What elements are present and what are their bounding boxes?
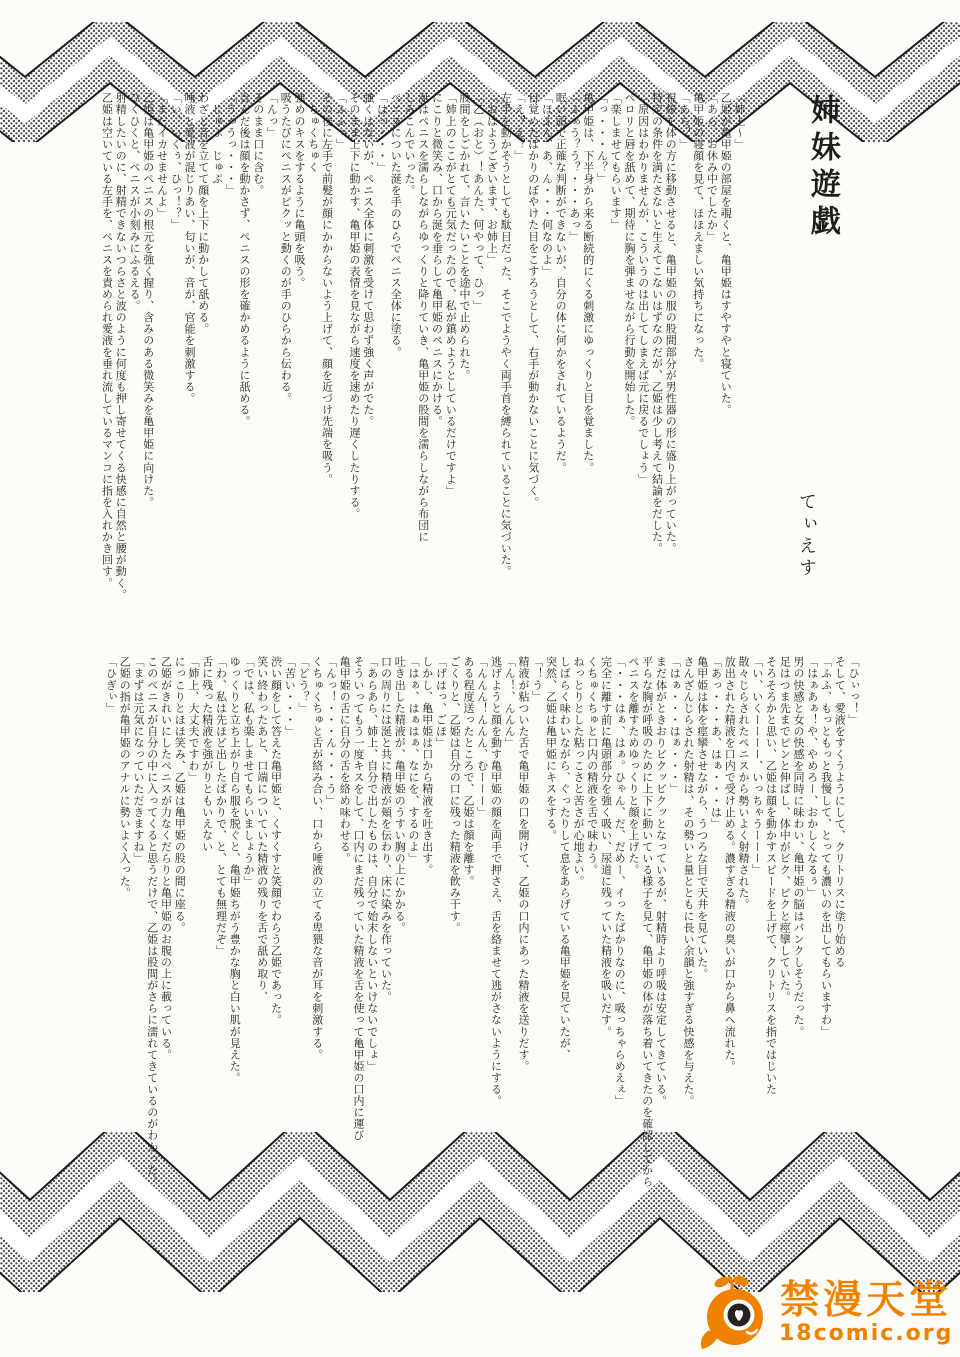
text-column: 舌に残った精液を強がりともいえない	[200, 656, 214, 1242]
text-column: 「ん！、んんん」	[503, 656, 517, 1242]
text-column: 強めのキスをするように亀頭を吸う。	[292, 92, 306, 666]
text-column: じゅぷ じゅぷ	[210, 92, 224, 666]
text-column: ごくりと、乙姫は自分の口に残った精液を飲み干す。	[448, 656, 462, 1242]
text-column: ねっとりとした粘っこさと苦さが心地よい。	[571, 656, 585, 1242]
text-column: まだ体がときおりビクッビクッとなっているが、射精時より呼吸は安定してきている。	[654, 656, 668, 1242]
text-column: 笑い終わったあと、口端についていた精液の残りを舌で舐め取り、	[255, 656, 269, 1242]
text-column: 眠い頭で正確な判断ができないが、自分の体に何かをされているようだ。	[554, 92, 568, 666]
text-column: 完全に離す前に亀頭部分を強く吸い、尿道に残っていた精液を吸いだす。	[599, 656, 613, 1242]
text-column: 「んっ！・・・ん・・・う」	[324, 656, 338, 1242]
text-column: 目覚めたばかりのぼやけた目をこすろうとして、右手が動かないことに気づく。	[526, 92, 540, 666]
text-column: 射精したいのに、射精できないつらさと波のように何度も押し寄せてくる快感に自然と腰…	[114, 92, 128, 666]
text-column: わざと音を立てて顔を上下に動かして舐める。	[196, 92, 210, 666]
text-column: 含んだ後は顔を動かさず、ペニスの形を確かめるように舐める。	[237, 92, 251, 666]
text-column: このペニスが自分の中に入ってくると思うだけで、乙姫は股間がさらに濡れてきているの…	[145, 656, 159, 1242]
text-column: 「うっうっ・・・」	[224, 92, 238, 666]
text-column: 「げはっ、ごほ」	[434, 656, 448, 1242]
text-column: 「はぁ・・・はぁ・・・」	[668, 656, 682, 1242]
text-column: さんざんじらされた射精は、その勢いと量とともに長い余韻と強すぎる快感を与えた。	[681, 656, 695, 1242]
text-column: くちゅくちゅと口内の精液を舌で味わう。	[585, 656, 599, 1242]
text-column: 「ふふっ」	[334, 92, 348, 666]
page-title: 姉妹遊戯	[800, 94, 844, 242]
text-column: 「はぁ、はぁはぁ、なにを、するのよ」	[406, 656, 420, 1242]
text-column: 「ひぎぃ」	[104, 656, 118, 1242]
watermark-site-name: 禁漫天堂	[780, 1281, 952, 1320]
text-column: 「ふふ、もっともっと我慢して、とっても濃いのを出してもらいますわ」	[819, 656, 833, 1242]
text-column: 乙姫は亀甲姫のペニスの根元を強く握り、含みのある微笑みを亀甲姫に向けた。	[141, 92, 155, 666]
author-name: てぃえす	[793, 492, 819, 580]
text-column: 「まだイカせませんよ」	[155, 92, 169, 666]
watermark-site-url: 18comic.org	[779, 1323, 953, 1345]
text-column: ペロリと唇を舐めて、期待に胸を弾ませながら行動を開始した。	[622, 92, 636, 666]
text-column: 左手を動かそうとしても駄目だった、そこでようやく両手首を縛られていることに気づい…	[499, 92, 513, 666]
text-column: 「苦い・・・」	[283, 656, 297, 1242]
text-column: 逃げようと顔を動す亀甲姫の顔を両手で押さえ、舌を絡ませて逃がさないようにする。	[489, 656, 503, 1242]
text-column: 乙姫は空いている左手を、ペニスを責められ愛液を垂れ流しているマンコに指を入れかき…	[100, 92, 114, 666]
text-column: 「まずは元気になっていただきますね」	[131, 656, 145, 1242]
upper-text-block: 「姉上〜」乙姫が亀甲姫の部屋を覗くと、亀甲姫はすやすやと寝ていた。「あら、お休み…	[100, 92, 746, 666]
text-column: 「姉上〜」	[732, 92, 746, 666]
text-column: 突然、乙姫は亀甲姫にキスをする。	[544, 656, 558, 1242]
text-column: 「ひぃっ！」	[846, 656, 860, 1242]
text-column: 放出された精液を口内で受け止める。濃すぎる精液の臭いが口から鼻へ流れた。	[723, 656, 737, 1242]
text-column: そのまま口に含む。	[251, 92, 265, 666]
text-column: 「姉上のここがとても元気だったので、私が鎮めようとしているだけですよ」	[444, 92, 458, 666]
jm-mascot-icon	[695, 1274, 771, 1352]
text-column: 吸うたびにペニスがピクッと動くのが手のひらから伝わる。	[279, 92, 293, 666]
text-column: 「あら、お休み中でしたか」	[705, 92, 719, 666]
text-column: 唾液と愛液が混じりあい、匂いが、音が、官能を刺激する。	[182, 92, 196, 666]
text-column: ペニスを離すためゆっくりと顔を上げた。	[626, 656, 640, 1242]
text-column: 乙姫がきれいにしたペニスが力なくだらりと亀甲姫のお腹の上に載っている。	[159, 656, 173, 1242]
text-column: 股間をしごかれて、言いたいことを途中で止められた。	[457, 92, 471, 666]
text-column: そういってもう一度キスをして、口内にまだ残っていた精液を舌を使って亀甲姫の口内に…	[351, 656, 365, 1242]
text-column: 亀甲姫の寝顔を見て、ほほえましい気持ちになった。	[691, 92, 705, 666]
text-column: 特定の条件を満たさないと生えてこないはずなのだが、乙姫は少し考えて結論をだした。	[650, 92, 664, 666]
text-column: 視線を体の方に移動させると、亀甲姫の服の股間部分が男性器の形に盛り上がっていた。	[664, 92, 678, 666]
text-column: 強くはないが、ペニス全体に刺激を受けて思わず強く声がでた。	[361, 92, 375, 666]
text-column: そして、愛液をすくうようにして、クリトリスに塗り始める	[833, 656, 847, 1242]
text-column: 吐き出した精液が、亀甲姫のうすい胸の上にかかる。	[393, 656, 407, 1242]
text-column: 精液が粘ついた舌で亀甲姫の口を開けて、乙姫の口内にあった精液を送りだす。	[516, 656, 530, 1242]
text-column: 足はつま先までピンと伸ばし、体中がビク、ビクと痙攣していた。	[778, 656, 792, 1242]
text-column: しばらく味わいながら、ぐったりして息をあらげている亀甲姫を見ていたが、	[558, 656, 572, 1242]
text-column: 亀甲姫は体を痙攣させながら、うつろな目で天井を見ていた。	[695, 656, 709, 1242]
text-column: 乙姫が亀甲姫の部屋を覗くと、亀甲姫はすやすやと寝ていた。	[719, 92, 733, 666]
watermark-logo: 禁漫天堂 18comic.org	[695, 1274, 953, 1352]
text-column: くちゅくちゅと舌が絡み合い、口から唾液の立てる卑猥な音が耳を刺激する。	[310, 656, 324, 1242]
text-column: 「はっ・・・」	[375, 92, 389, 666]
text-column: 「どう？」	[296, 656, 310, 1242]
text-column: その後に左手で前髪が顔にかからないよう上げて、顔を近づけ先端を吸う。	[320, 92, 334, 666]
text-column: ゆっくりと立ち上がり自ら服を脱ぐと、亀甲姫ちがう豊かな胸と白い肌が見えた。	[228, 656, 242, 1242]
text-column: 「あら？」	[677, 92, 691, 666]
text-column: 亀甲姫は、下半身から来る断続的にくる刺激にゆっくりと目を覚ました。	[581, 92, 595, 666]
text-column: 「んっ」	[265, 92, 279, 666]
text-column: 涎はペニスを濡らしながらゆっくりと降りていき、亀甲姫の股間を濡らしながら布団に	[416, 92, 430, 666]
text-column: 「え？え？」	[512, 92, 526, 666]
text-column: しかし、亀甲姫は口から精液を吐き出す。	[420, 656, 434, 1242]
text-column: 「！う」	[530, 656, 544, 1242]
text-column: 「・・・はぁ、はぁ。ひゃん、だ、だめー、イったばかりなのに、吸っちゃらめえぇ」	[613, 656, 627, 1242]
text-column: 「乙（おと）！あんた、何やって、ひっ」	[471, 92, 485, 666]
scanned-page: 姉妹遊戯 てぃえす 「姉上〜」乙姫が亀甲姫の部屋を覗くと、亀甲姫はすやすやと寝て…	[0, 0, 960, 1357]
text-column: 散々じらされたペニスから勢いよく射精された。	[736, 656, 750, 1242]
text-column: 「あっ・・・あ、はぁ・・・は」	[709, 656, 723, 1242]
text-column: 渋い顔をして答えた亀甲姫と、くすくすと笑顔でわらう乙姫であった。	[269, 656, 283, 1242]
text-column: 男の快感と女の快感を同時に味わい、亀甲姫の脳はパンクしそうだった。	[791, 656, 805, 1242]
text-column: 「おはようございます、お姉上」	[485, 92, 499, 666]
text-column: ある程度送ったところで、乙姫は顔を離す。	[461, 656, 475, 1242]
text-column: 「原因はわかりませんが、こういうのは出してしまえば元に戻るでしょう」	[636, 92, 650, 666]
text-column: 口の周りには涎と共に精液が頬を伝わり、床に染みを作っていた。	[379, 656, 393, 1242]
text-column: そのまま上下に動かす、亀甲姫の表情を見ながら速度を速めたり遅くしたりする。	[347, 92, 361, 666]
text-column: 「い、いくーーーー、いっちゃうーーー」	[750, 656, 764, 1242]
text-column: 「楽しませてもらいます」	[609, 92, 623, 666]
text-column: 「んんん！んんん、むーーー」	[475, 656, 489, 1242]
text-column: 乙姫の指が亀甲姫のアナルに勢いよく入った。	[118, 656, 132, 1242]
text-column: そろそろかと思い、乙姫は顔を動かすスピードを上げて、クリトリスを指ではじいた	[764, 656, 778, 1242]
text-column: 亀甲姫の舌に自分の舌を絡め味わせる。	[338, 656, 352, 1242]
text-column: 「姉上、大丈夫ですわ」	[186, 656, 200, 1242]
text-column: 「ほふん、あ、ん・・・何なのよ」	[540, 92, 554, 666]
text-column: にこりと微笑み、口から涎を垂らして亀甲姫のペニスにかける。	[430, 92, 444, 666]
text-column: 「っ・・・ん？」	[595, 92, 609, 666]
text-column: にっこりとほほ笑み、乙姫は亀甲姫の股の間に座る。	[173, 656, 187, 1242]
text-column: 「では、私も楽しませてもらいましょうか」	[241, 656, 255, 1242]
text-column: 「い、いくぅ、ひっ！？」	[169, 92, 183, 666]
text-column: ペニスについた涎を手のひらでペニス全体に塗る。	[389, 92, 403, 666]
text-column: ひくひくと、ペニスが小刻みにふるえる。	[127, 92, 141, 666]
text-column: 「ふぁう？う？・・・あっ」	[567, 92, 581, 666]
text-column: 「あらあら、姉上、自分で出したものは、自分で始末しないといけないでしょ」	[365, 656, 379, 1242]
text-column: 「わ、私は先ほど出したばかりで、と、とても無理だぞ」	[214, 656, 228, 1242]
lower-text-block: 「ひぃっ！」そして、愛液をすくうようにして、クリトリスに塗り始める「ふふ、もっと…	[104, 656, 860, 1242]
text-column: 「はぁあぁ！や、やめろー、おかしくなるぅ」	[805, 656, 819, 1242]
text-column: 平らな胸が呼吸のために上下に動いている様子を見て、亀甲姫の体が落ち着いてきたのを…	[640, 656, 654, 1242]
text-column: ちゅくちゅく	[306, 92, 320, 666]
text-column: しみこんでいった。	[402, 92, 416, 666]
